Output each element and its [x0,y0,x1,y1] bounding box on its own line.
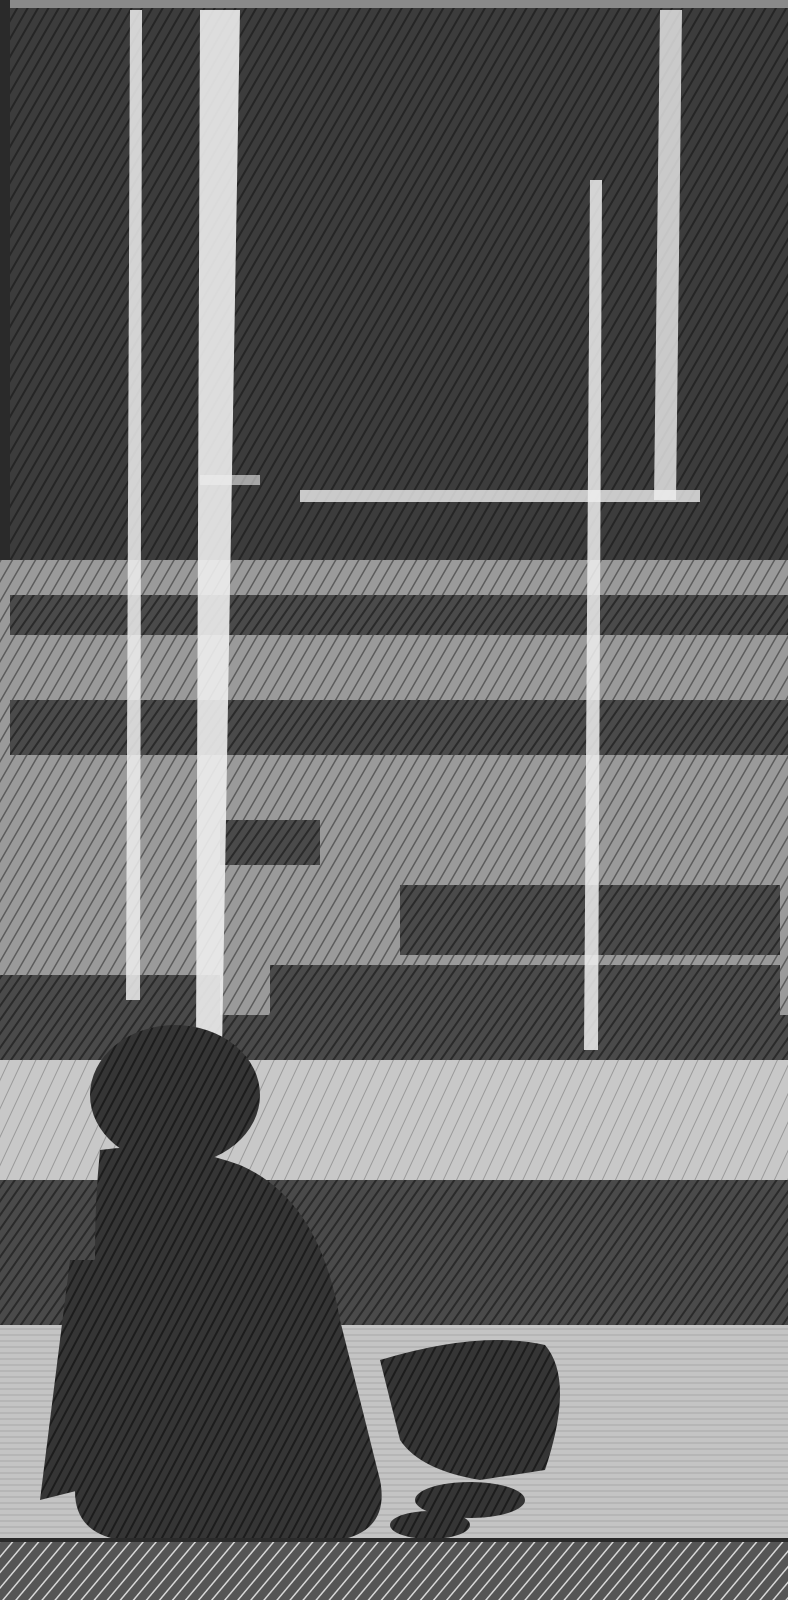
bottom-edge [0,1540,788,1600]
hatched-drawing [0,0,788,1600]
